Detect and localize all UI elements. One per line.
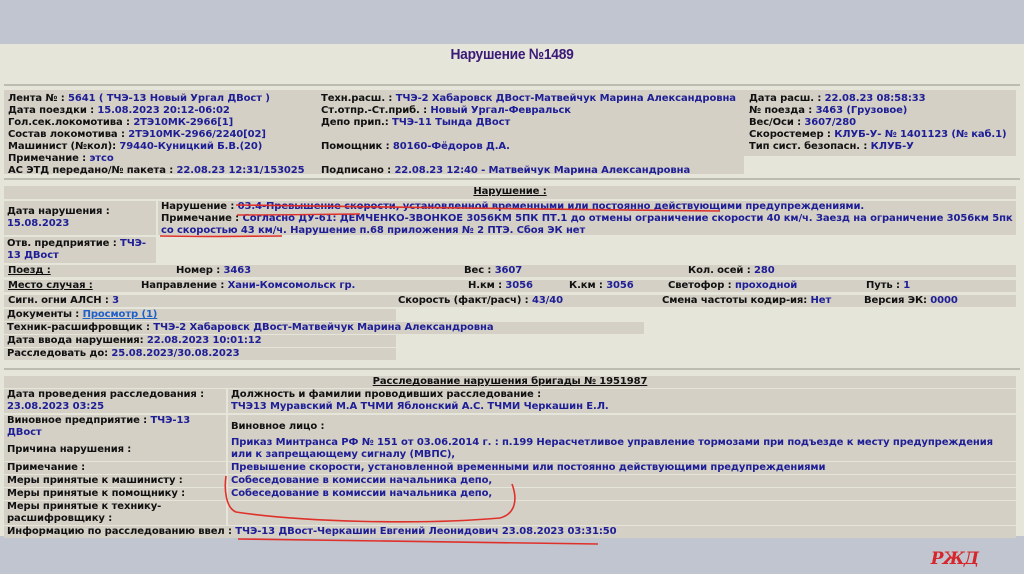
field-label: Дата поездки : xyxy=(8,105,97,116)
violation-note: Согласно ДУ-61: ДЕМЧЕНКО-ЗВОНКОЕ 3056КМ … xyxy=(242,213,1012,224)
header-field: Тип сист. безопасн. : КЛУБ-У xyxy=(749,141,1006,153)
field-value: 3463 (Грузовое) xyxy=(816,105,908,116)
field-label: Ст.отпр.-Ст.приб. : xyxy=(321,105,430,116)
violation-date: 15.08.2023 xyxy=(7,218,153,230)
divider xyxy=(4,84,1020,86)
field-label: Лента № : xyxy=(8,93,68,104)
violation-date-cell: Дата нарушения : 15.08.2023 xyxy=(4,201,156,235)
guilty-person-cell: Виновное лицо : xyxy=(228,415,1016,439)
header-field: Депо прип.: ТЧЭ-11 Тында ДВост xyxy=(321,117,736,129)
note-label-cell: Примечание : xyxy=(4,462,226,474)
field-value: 79440-Куницкий Б.В.(20) xyxy=(119,141,262,152)
violation-code: 03.4-Превышение скорости, установленной … xyxy=(238,201,864,212)
field-value: 22.08.23 08:58:33 xyxy=(825,93,926,104)
field-value: 15.08.2023 20:12-06:02 xyxy=(97,105,229,116)
header-field: Помощник : 80160-Фёдоров Д.А. xyxy=(321,141,736,153)
header-field: Подписано : 22.08.23 12:40 - Матвейчук М… xyxy=(321,165,736,177)
field-value: 22.08.23 12:40 - Матвейчук Марина Алекса… xyxy=(394,165,690,176)
header-field: Техн.расш. : ТЧЭ-2 Хабаровск ДВост-Матве… xyxy=(321,93,736,105)
field-label: Техн.расш. : xyxy=(321,93,396,104)
field-value: КЛУБ-У xyxy=(871,141,914,152)
field-label: Состав локомотива : xyxy=(8,129,128,140)
documents-row: Документы : Просмотр (1) xyxy=(4,309,396,321)
header-field: АС ЭТД передано/№ пакета : 22.08.23 12:3… xyxy=(8,165,305,177)
assistant-measures-cell: Собеседование в комиссии начальника депо… xyxy=(228,488,1016,500)
technician-measures-cell xyxy=(228,501,1016,525)
responsible-org-cell: Отв. предприятие : ТЧЭ- 13 ДВост xyxy=(4,237,156,263)
top-frame-bar xyxy=(0,0,1024,44)
header-field: Машинист (№кол): 79440-Куницкий Б.В.(20) xyxy=(8,141,305,153)
field-label: Гол.сек.локомотива : xyxy=(8,117,133,128)
place-row: Место случая : Направление : Хани-Комсом… xyxy=(4,280,1016,292)
divider xyxy=(4,178,1020,180)
field-value: 5641 ( ТЧЭ-13 Новый Ургал ДВост ) xyxy=(68,93,270,104)
violation-details-cell: Нарушение : 03.4-Превышение скорости, ус… xyxy=(158,201,1016,235)
header-field: Дата поездки : 15.08.2023 20:12-06:02 xyxy=(8,105,305,117)
cause-cell: Приказ Минтранса РФ № 151 от 03.06.2014 … xyxy=(228,437,1016,461)
field-label: № поезда : xyxy=(749,105,816,116)
field-label: Машинист (№кол): xyxy=(8,141,119,152)
field-label: Вес/Оси : xyxy=(749,117,804,128)
driver-measures-cell: Собеседование в комиссии начальника депо… xyxy=(228,475,1016,487)
header-field: Скоростемер : КЛУБ-У- № 1401123 (№ каб.1… xyxy=(749,129,1006,141)
signals-row: Сигн. огни АЛСН : 3 Скорость (факт/расч)… xyxy=(4,295,1016,307)
header-col1-fields: Лента № : 5641 ( ТЧЭ-13 Новый Ургал ДВос… xyxy=(8,93,305,177)
field-label: Тип сист. безопасн. : xyxy=(749,141,871,152)
header-field: Состав локомотива : 2ТЭ10МК-2966/2240[02… xyxy=(8,129,305,141)
field-value: ТЧЭ-11 Тында ДВост xyxy=(392,117,510,128)
technician-row: Техник-расшифровщик : ТЧЭ-2 Хабаровск ДВ… xyxy=(4,322,644,334)
field-value: 2ТЭ10МК-2966[1] xyxy=(133,117,233,128)
header-field: Гол.сек.локомотива : 2ТЭ10МК-2966[1] xyxy=(8,117,305,129)
investigation-section-header: Расследование нарушения бригады № 195198… xyxy=(4,376,1016,388)
page-title: Нарушение №1489 xyxy=(41,46,983,63)
field-value: 2ТЭ10МК-2966/2240[02] xyxy=(128,129,266,140)
header-field: Примечание : этсо xyxy=(8,153,305,165)
header-field: Дата расш. : 22.08.23 08:58:33 xyxy=(749,93,1006,105)
investigation-date-cell: Дата проведения расследования : 23.08.20… xyxy=(4,389,226,413)
divider xyxy=(4,368,1020,370)
header-field xyxy=(321,129,736,141)
entry-date-row: Дата ввода нарушения: 22.08.2023 10:01:1… xyxy=(4,335,396,347)
field-value: 3607/280 xyxy=(804,117,856,128)
header-field: Ст.отпр.-Ст.приб. : Новый Ургал-Февральс… xyxy=(321,105,736,117)
field-label: Скоростемер : xyxy=(749,129,834,140)
cause-label-cell: Причина нарушения : xyxy=(4,437,226,461)
technician-measures-label-cell: Меры принятые к технику- расшифровщику : xyxy=(4,501,226,525)
header-col2-fields: Техн.расш. : ТЧЭ-2 Хабаровск ДВост-Матве… xyxy=(321,93,736,177)
field-value: этсо xyxy=(89,153,113,164)
header-col3-fields: Дата расш. : 22.08.23 08:58:33№ поезда :… xyxy=(749,93,1006,153)
header-field: Вес/Оси : 3607/280 xyxy=(749,117,1006,129)
documents-view-link[interactable]: Просмотр (1) xyxy=(83,309,158,320)
speed-value: 43/40 xyxy=(532,295,563,306)
field-value: 22.08.23 12:31/153025 xyxy=(177,165,305,176)
entered-by-row: Информацию по расследованию ввел : ТЧЭ-1… xyxy=(4,526,1016,538)
header-field xyxy=(321,153,736,165)
field-label: Подписано : xyxy=(321,165,394,176)
bottom-frame-bar xyxy=(0,545,1024,574)
field-label: Помощник : xyxy=(321,141,393,152)
field-value: 80160-Фёдоров Д.А. xyxy=(393,141,510,152)
header-field: № поезда : 3463 (Грузовое) xyxy=(749,105,1006,117)
driver-measures-label-cell: Меры принятые к машинисту : xyxy=(4,475,226,487)
field-value: Новый Ургал-Февральск xyxy=(430,105,571,116)
train-row: Поезд : Номер : 3463 Вес : 3607 Кол. осе… xyxy=(4,265,1016,277)
assistant-measures-label-cell: Меры принятые к помощнику : xyxy=(4,488,226,500)
field-label: АС ЭТД передано/№ пакета : xyxy=(8,165,177,176)
field-label: Дата расш. : xyxy=(749,93,825,104)
violation-section-header: Нарушение : xyxy=(4,186,1016,199)
field-label: Примечание : xyxy=(8,153,89,164)
note-cell: Превышение скорости, установленной време… xyxy=(228,462,1016,474)
guilty-org-cell: Виновное предприятие : ТЧЭ-13 ДВост xyxy=(4,415,226,439)
investigators-cell: Должность и фамилии проводивших расследо… xyxy=(228,389,1016,413)
field-label: Депо прип.: xyxy=(321,117,392,128)
field-value: ТЧЭ-2 Хабаровск ДВост-Матвейчук Марина А… xyxy=(396,93,736,104)
rzd-logo: РЖД xyxy=(931,549,978,569)
field-value: КЛУБ-У- № 1401123 (№ каб.1) xyxy=(834,129,1006,140)
header-field: Лента № : 5641 ( ТЧЭ-13 Новый Ургал ДВос… xyxy=(8,93,305,105)
investigate-until-row: Расследовать до: 25.08.2023/30.08.2023 xyxy=(4,348,396,360)
